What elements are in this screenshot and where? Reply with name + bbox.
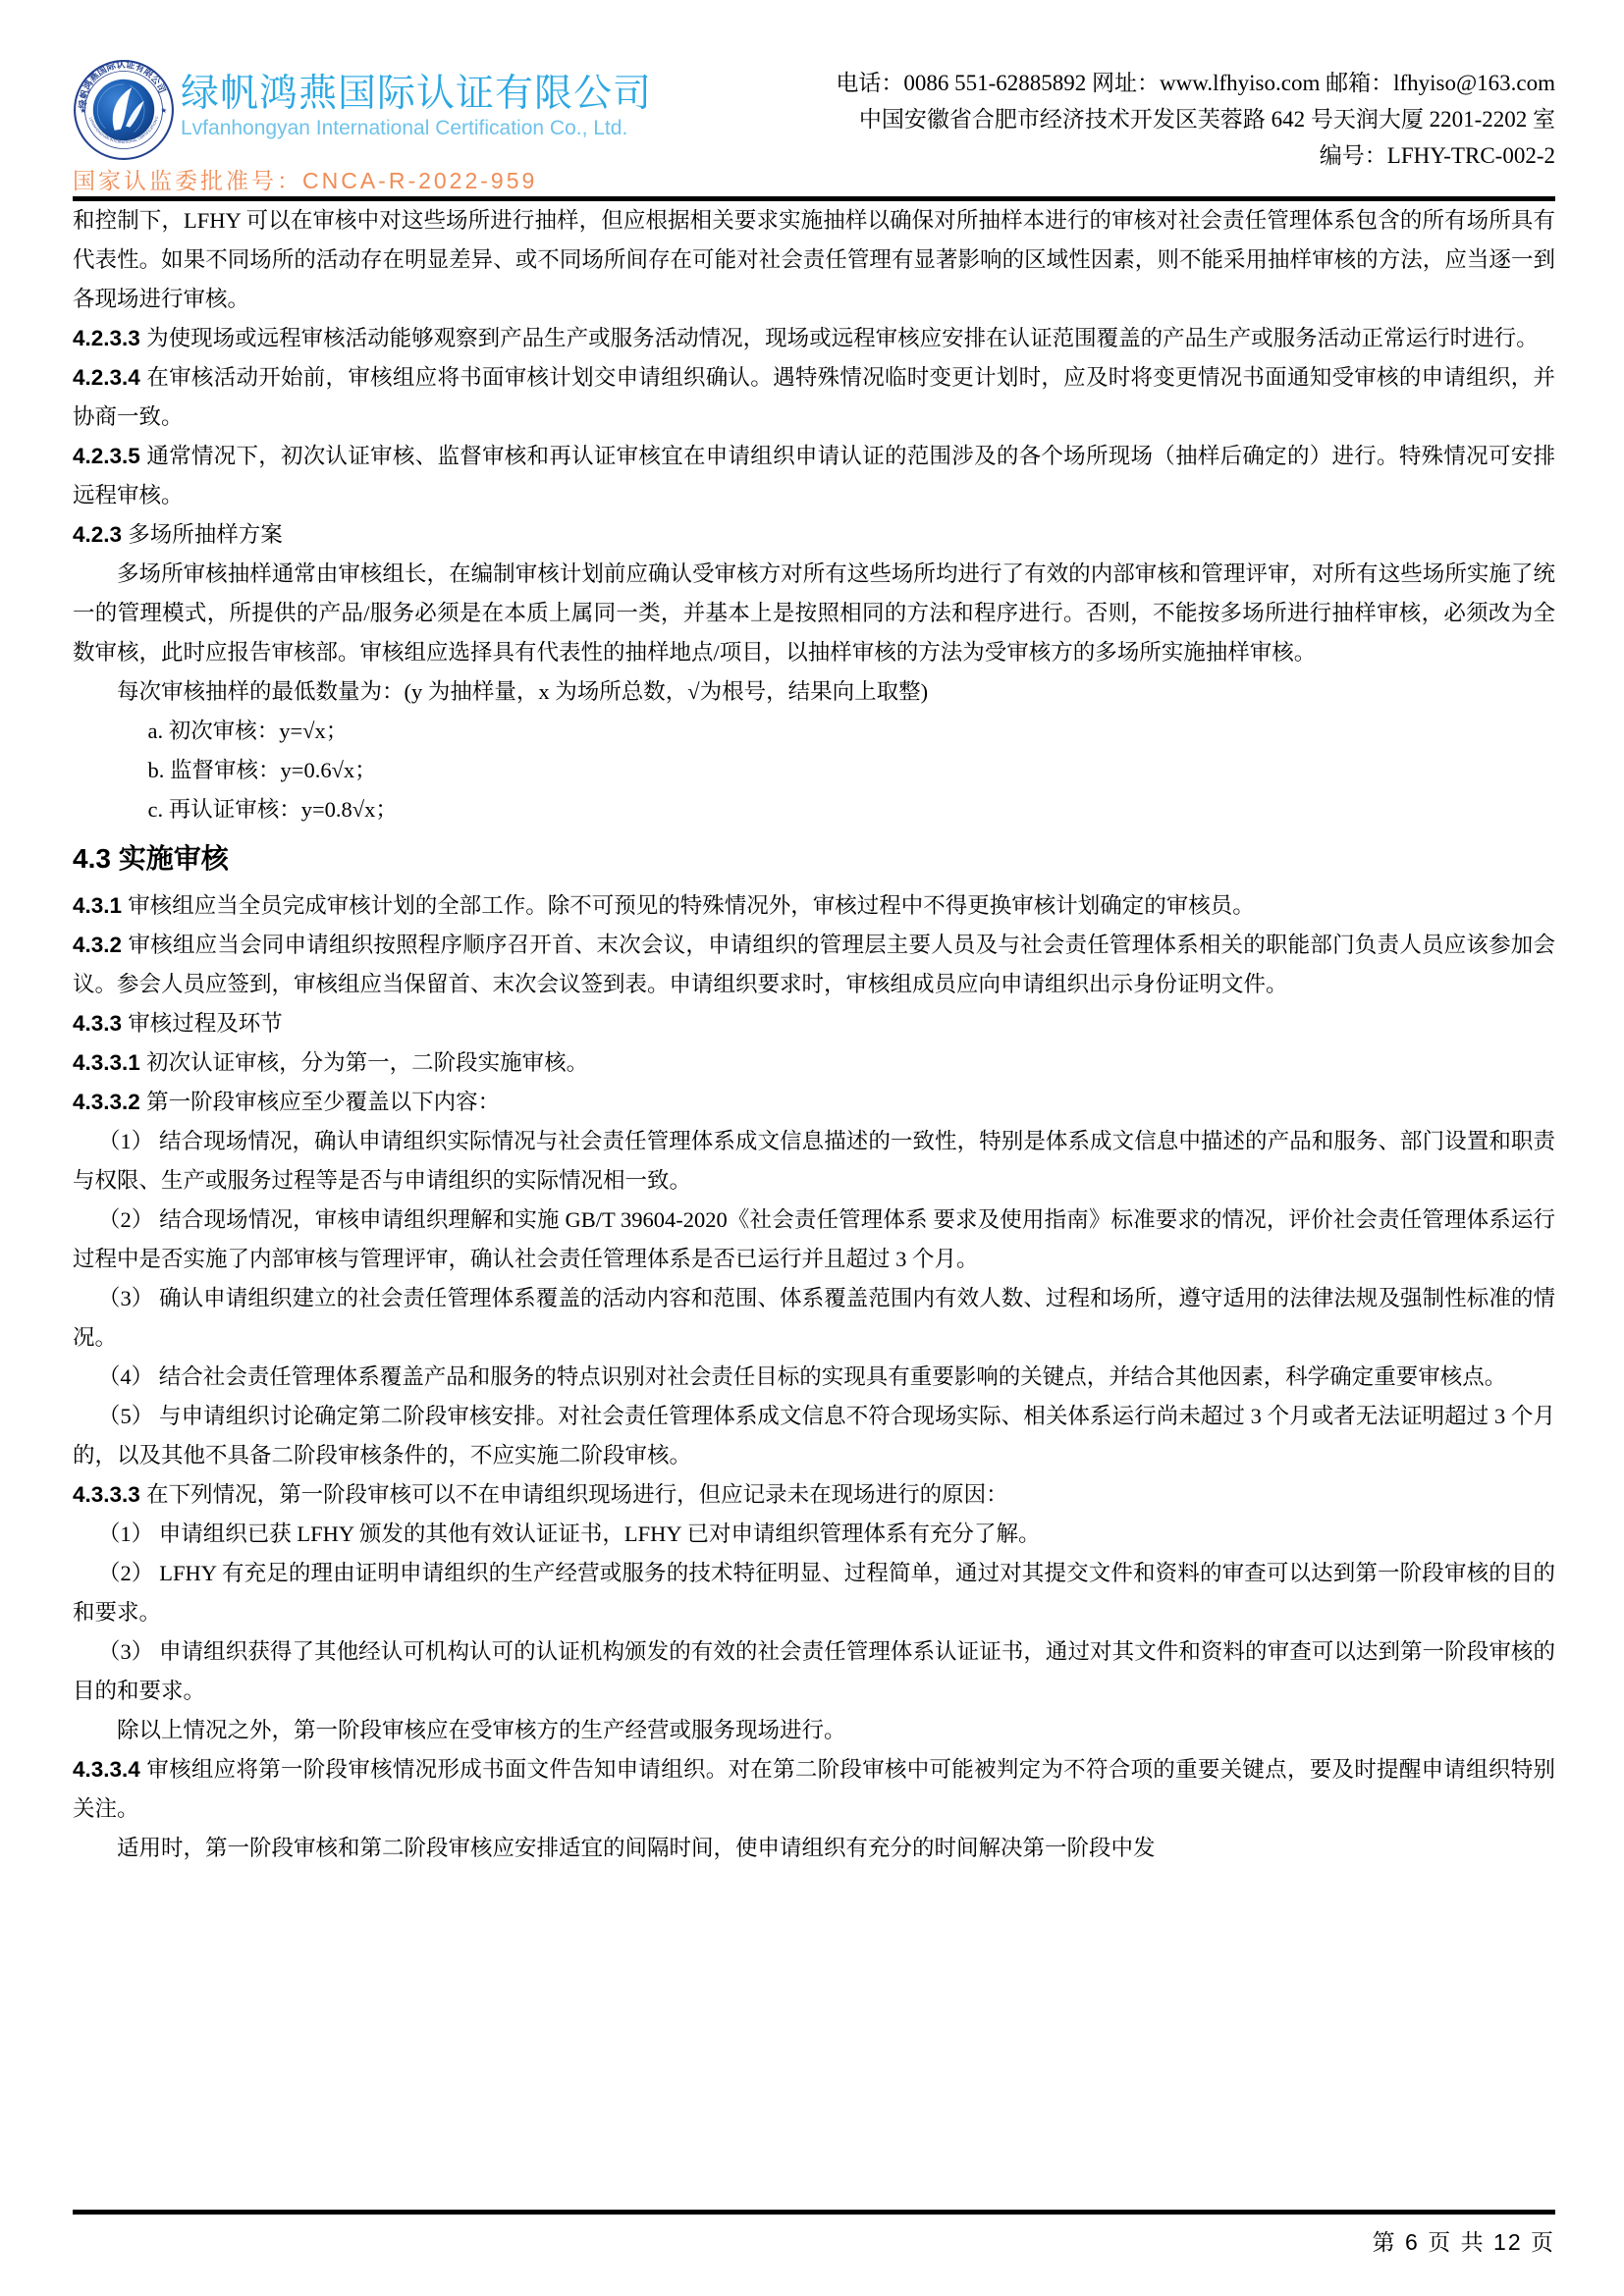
paragraph: c. 再认证审核：y=0.8√x； — [73, 790, 1555, 829]
paragraph: 4.3.1 审核组应当全员完成审核计划的全部工作。除不可预见的特殊情况外，审核过… — [73, 886, 1555, 926]
company-titles: 绿帆鸿燕国际认证有限公司 Lvfanhongyan International … — [181, 51, 652, 141]
paragraph: （2） LFHY 有充足的理由证明申请组织的生产经营或服务的技术特征明显、过程简… — [73, 1554, 1555, 1632]
paragraph: 适用时，第一阶段审核和第二阶段审核应安排适宜的间隔时间，使申请组织有充分的时间解… — [73, 1829, 1555, 1868]
paragraph: （1） 结合现场情况，确认申请组织实际情况与社会责任管理体系成文信息描述的一致性… — [73, 1122, 1555, 1201]
paragraph: （5） 与申请组织讨论确定第二阶段审核安排。对社会责任管理体系成文信息不符合现场… — [73, 1397, 1555, 1475]
page-header: 绿帆鸿燕国际认证有限公司 LVFANHONGYAN INTERNATIONAL … — [73, 51, 1555, 201]
paragraph: 4.3.3.3 在下列情况，第一阶段审核可以不在申请组织现场进行，但应记录未在现… — [73, 1475, 1555, 1515]
paragraph: 4.2.3.3 为使现场或远程审核活动能够观察到产品生产或服务活动情况，现场或远… — [73, 319, 1555, 358]
paragraph: 4.3.3.4 审核组应将第一阶段审核情况形成书面文件告知申请组织。对在第二阶段… — [73, 1750, 1555, 1829]
section-number: 4.3.3 — [73, 1011, 128, 1036]
section-number: 4.3.2 — [73, 933, 129, 957]
header-left-block: 绿帆鸿燕国际认证有限公司 LVFANHONGYAN INTERNATIONAL … — [73, 51, 652, 195]
paragraph: 4.2.3.4 在审核活动开始前，审核组应将书面审核计划交申请组织确认。遇特殊情… — [73, 358, 1555, 437]
section-number: 4.2.3.3 — [73, 326, 146, 350]
paragraph: 4.3.2 审核组应当会同申请组织按照程序顺序召开首、末次会议，申请组织的管理层… — [73, 926, 1555, 1004]
paragraph: b. 监督审核：y=0.6√x； — [73, 751, 1555, 790]
paragraph: （2） 结合现场情况，审核申请组织理解和实施 GB/T 39604-2020《社… — [73, 1201, 1555, 1279]
paragraph: 4.2.3 多场所抽样方案 — [73, 515, 1555, 555]
document-body: 和控制下，LFHY 可以在审核中对这些场所进行抽样，但应根据相关要求实施抽样以确… — [73, 201, 1555, 1868]
approval-number: 国家认监委批准号：CNCA-R-2022-959 — [73, 163, 652, 195]
page-footer: 第 6 页 共 12 页 — [73, 2210, 1555, 2257]
paragraph: （4） 结合社会责任管理体系覆盖产品和服务的特点识别对社会责任目标的实现具有重要… — [73, 1358, 1555, 1397]
section-number: 4.3.3.3 — [73, 1482, 146, 1507]
paragraph: 多场所审核抽样通常由审核组长，在编制审核计划前应确认受审核方对所有这些场所均进行… — [73, 555, 1555, 672]
svg-text:★: ★ — [160, 107, 167, 115]
section-heading: 4.3 实施审核 — [73, 833, 1555, 884]
section-number: 4.3.3.2 — [73, 1090, 146, 1114]
paragraph: 4.3.3.2 第一阶段审核应至少覆盖以下内容： — [73, 1083, 1555, 1122]
contact-phone-line: 电话：0086 551-62885892 网址：www.lfhyiso.com … — [836, 65, 1555, 101]
page-number: 第 6 页 共 12 页 — [1373, 2229, 1555, 2255]
company-name-en: Lvfanhongyan International Certification… — [181, 116, 652, 141]
paragraph: 4.2.3.5 通常情况下，初次认证审核、监督审核和再认证审核宜在申请组织申请认… — [73, 437, 1555, 515]
company-seal-icon: 绿帆鸿燕国际认证有限公司 LVFANHONGYAN INTERNATIONAL … — [73, 59, 175, 161]
paragraph: 和控制下，LFHY 可以在审核中对这些场所进行抽样，但应根据相关要求实施抽样以确… — [73, 201, 1555, 319]
section-number: 4.3.1 — [73, 893, 128, 918]
document-page: 绿帆鸿燕国际认证有限公司 LVFANHONGYAN INTERNATIONAL … — [0, 0, 1624, 2296]
header-contact-block: 电话：0086 551-62885892 网址：www.lfhyiso.com … — [836, 51, 1555, 174]
section-number: 4.2.3.4 — [73, 365, 146, 390]
paragraph: 每次审核抽样的最低数量为：(y 为抽样量，x 为场所总数，√为根号，结果向上取整… — [73, 672, 1555, 712]
company-logo: 绿帆鸿燕国际认证有限公司 LVFANHONGYAN INTERNATIONAL … — [73, 59, 175, 161]
paragraph: （3） 确认申请组织建立的社会责任管理体系覆盖的活动内容和范围、体系覆盖范围内有… — [73, 1279, 1555, 1358]
svg-text:★: ★ — [80, 107, 86, 115]
paragraph: 除以上情况之外，第一阶段审核应在受审核方的生产经营或服务现场进行。 — [73, 1711, 1555, 1750]
section-number: 4.2.3 — [73, 522, 128, 547]
paragraph: 4.3.3.1 初次认证审核，分为第一，二阶段实施审核。 — [73, 1043, 1555, 1083]
doc-number: 编号：LFHY-TRC-002-2 — [836, 137, 1555, 174]
paragraph: a. 初次审核：y=√x； — [73, 712, 1555, 751]
paragraph: （3） 申请组织获得了其他经认可机构认可的认证机构颁发的有效的社会责任管理体系认… — [73, 1632, 1555, 1711]
paragraph: 4.3.3 审核过程及环节 — [73, 1004, 1555, 1043]
contact-address-line: 中国安徽省合肥市经济技术开发区芙蓉路 642 号天润大厦 2201-2202 室 — [836, 101, 1555, 137]
section-number: 4.3.3.4 — [73, 1757, 146, 1782]
section-number: 4.3 — [73, 843, 119, 874]
company-name-cn: 绿帆鸿燕国际认证有限公司 — [181, 73, 652, 116]
logo-row: 绿帆鸿燕国际认证有限公司 LVFANHONGYAN INTERNATIONAL … — [73, 51, 652, 161]
section-number: 4.3.3.1 — [73, 1050, 146, 1075]
section-number: 4.2.3.5 — [73, 444, 146, 468]
paragraph: （1） 申请组织已获 LFHY 颁发的其他有效认证证书，LFHY 已对申请组织管… — [73, 1515, 1555, 1554]
